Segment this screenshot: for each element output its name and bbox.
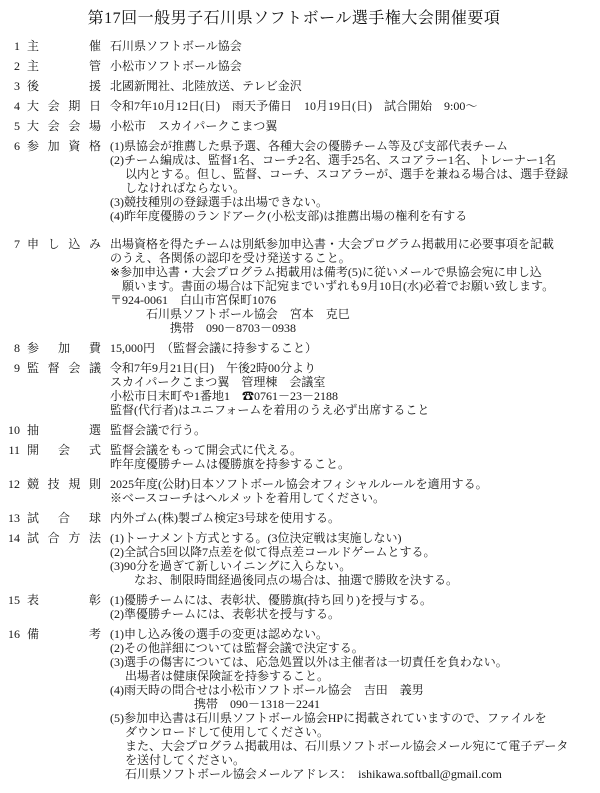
item-number: 2 [0,59,20,73]
item-11-kaikaishiki: 11 開会式 監督会議をもって開会式に代える。 昨年度優勝チームは優勝旗を持参す… [0,443,588,471]
item-number: 13 [0,511,20,525]
item-number: 9 [0,361,20,375]
item-content: (1)優勝チームには、表彰状、優勝旗(持ち回り)を授与する。 (2)準優勝チーム… [110,593,588,621]
item-number: 1 [0,39,20,53]
item-content: 監督会議で行う。 [110,423,588,437]
item-label: 試合方法 [27,531,101,545]
item-label: 表彰 [27,593,101,607]
item-number: 5 [0,119,20,133]
item-number: 6 [0,139,20,153]
item-content: 内外ゴム(株)製ゴム検定3号球を使用する。 [110,511,588,525]
item-content: 令和7年10月12日(日) 雨天予備日 10月19日(日) 試合開始 9:00～ [110,99,588,113]
item-label: 競技規則 [27,477,101,491]
item-label: 開会式 [27,443,101,457]
item-7-moshikomi: 7 申し込み 出場資格を得たチームは別紙参加申込書・大会プログラム掲載用に必要事… [0,237,588,335]
item-number: 8 [0,341,20,355]
item-number: 16 [0,627,20,641]
item-4-taikai-kijitsu: 4 大会期日 令和7年10月12日(日) 雨天予備日 10月19日(日) 試合開… [0,99,588,113]
item-label: 参加費 [27,341,101,355]
item-1-shusai: 1 主催 石川県ソフトボール協会 [0,39,588,53]
item-content: 小松市ソフトボール協会 [110,59,588,73]
item-10-chusen: 10 抽選 監督会議で行う。 [0,423,588,437]
item-content: 出場資格を得たチームは別紙参加申込書・大会プログラム掲載用に必要事項を記載 のう… [110,237,588,335]
item-content: (1)県協会が推薦した県予選、各種大会の優勝チーム等及び支部代表チーム (2)チ… [110,139,588,223]
item-3-koen: 3 後援 北國新聞社、北陸放送、テレビ金沢 [0,79,588,93]
item-13-shiaikyuu: 13 試合球 内外ゴム(株)製ゴム検定3号球を使用する。 [0,511,588,525]
item-number: 15 [0,593,20,607]
item-label: 抽選 [27,423,101,437]
item-content: 15,000円 （監督会議に持参すること） [110,341,588,355]
item-content: 監督会議をもって開会式に代える。 昨年度優勝チームは優勝旗を持参すること。 [110,443,588,471]
item-number: 4 [0,99,20,113]
page-title: 第17回一般男子石川県ソフトボール選手権大会開催要項 [0,9,588,29]
item-2-shukan: 2 主管 小松市ソフトボール協会 [0,59,588,73]
item-content: 令和7年9月21日(日) 午後2時00分より スカイパークこまつ翼 管理棟 会議… [110,361,588,417]
item-content: 2025年度(公財)日本ソフトボール協会オフィシャルルールを適用する。 ※ベース… [110,477,588,505]
item-content: 北國新聞社、北陸放送、テレビ金沢 [110,79,588,93]
item-label: 申し込み [27,237,101,251]
item-content: 石川県ソフトボール協会 [110,39,588,53]
item-content: 小松市 スカイパークこまつ翼 [110,119,588,133]
item-number: 14 [0,531,20,545]
item-label: 監督会議 [27,361,101,375]
document-page: 第17回一般男子石川県ソフトボール選手権大会開催要項 1 主催 石川県ソフトボー… [0,0,600,793]
item-label: 大会期日 [27,99,101,113]
item-8-sankahi: 8 参加費 15,000円 （監督会議に持参すること） [0,341,588,355]
item-content: (1)トーナメント方式とする。(3位決定戦は実施しない) (2)全試合5回以降7… [110,531,588,587]
item-15-hyosho: 15 表彰 (1)優勝チームには、表彰状、優勝旗(持ち回り)を授与する。 (2)… [0,593,588,621]
item-12-kyogi-kisoku: 12 競技規則 2025年度(公財)日本ソフトボール協会オフィシャルルールを適用… [0,477,588,505]
item-16-biko: 16 備考 (1)申し込み後の選手の変更は認めない。 (2)その他詳細については… [0,627,588,781]
item-label: 参加資格 [27,139,101,153]
item-number: 11 [0,443,20,457]
item-label: 主催 [27,39,101,53]
item-number: 7 [0,237,20,251]
item-label: 後援 [27,79,101,93]
item-number: 3 [0,79,20,93]
item-label: 大会会場 [27,119,101,133]
item-6-sanka-shikaku: 6 参加資格 (1)県協会が推薦した県予選、各種大会の優勝チーム等及び支部代表チ… [0,139,588,223]
item-14-shiai-hoho: 14 試合方法 (1)トーナメント方式とする。(3位決定戦は実施しない) (2)… [0,531,588,587]
item-number: 12 [0,477,20,491]
item-label: 主管 [27,59,101,73]
item-5-taikai-kaijo: 5 大会会場 小松市 スカイパークこまつ翼 [0,119,588,133]
item-number: 10 [0,423,20,437]
item-9-kantoku-kaigi: 9 監督会議 令和7年9月21日(日) 午後2時00分より スカイパークこまつ翼… [0,361,588,417]
item-content: (1)申し込み後の選手の変更は認めない。 (2)その他詳細については監督会議で決… [110,627,588,781]
item-label: 試合球 [27,511,101,525]
item-label: 備考 [27,627,101,641]
